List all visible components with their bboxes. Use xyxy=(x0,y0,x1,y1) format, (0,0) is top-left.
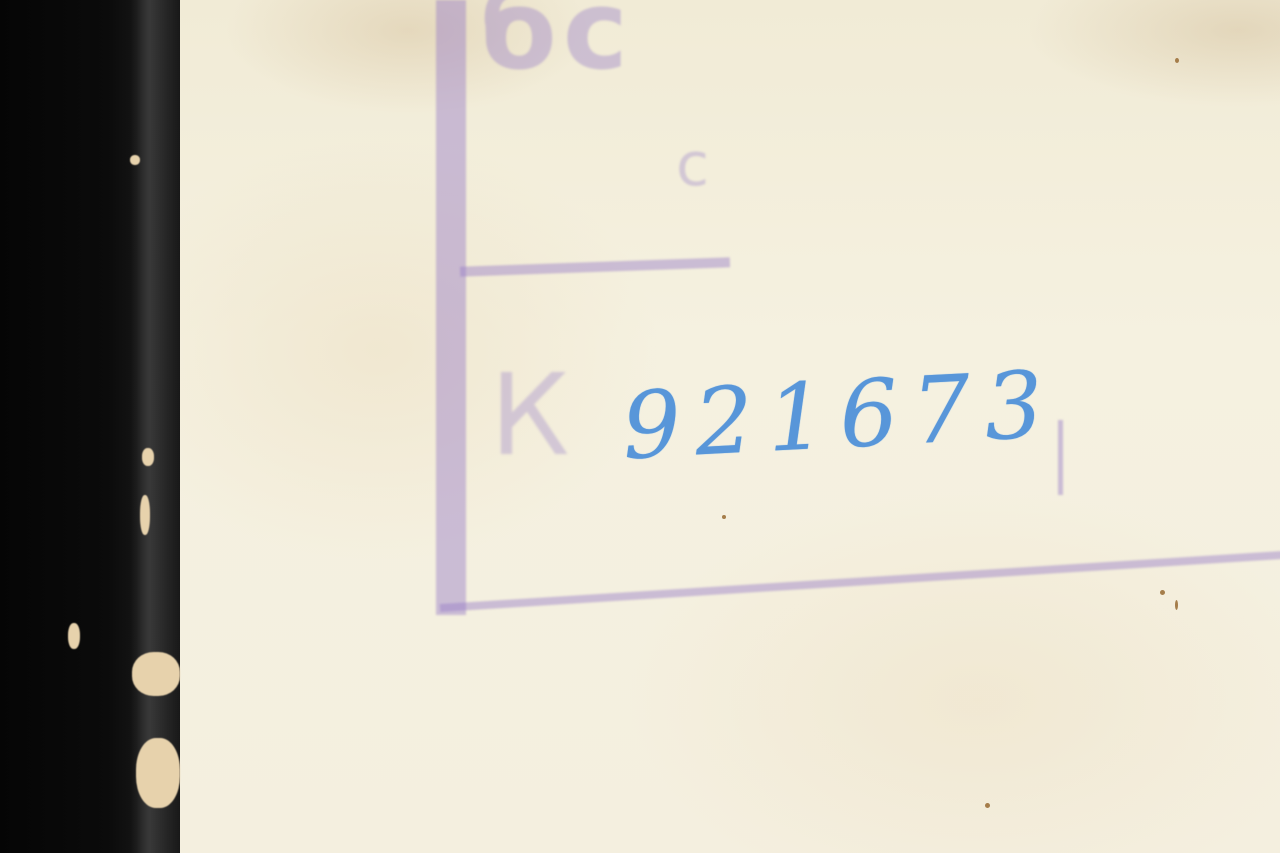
stamp-top-text: бс xyxy=(480,0,634,94)
binding-edge xyxy=(130,0,180,853)
stamp-letter: К xyxy=(490,360,570,472)
stain-speck xyxy=(985,803,990,808)
stain-speck xyxy=(1175,600,1178,610)
stain-speck xyxy=(1160,590,1165,595)
document-photo: бс с К 921673 xyxy=(0,0,1280,853)
stamp-small-mark: с xyxy=(676,130,709,200)
paint-chip xyxy=(142,448,154,466)
paint-chip xyxy=(132,652,180,696)
black-binding xyxy=(0,0,180,853)
stain-speck xyxy=(1175,58,1179,63)
stamp-frame-left xyxy=(436,0,466,615)
paint-chip xyxy=(68,623,80,649)
paint-chip xyxy=(136,738,180,808)
paint-chip xyxy=(130,155,140,165)
stain-speck xyxy=(722,515,726,519)
handwritten-number: 921673 xyxy=(619,351,1059,481)
paint-chip xyxy=(140,495,150,535)
